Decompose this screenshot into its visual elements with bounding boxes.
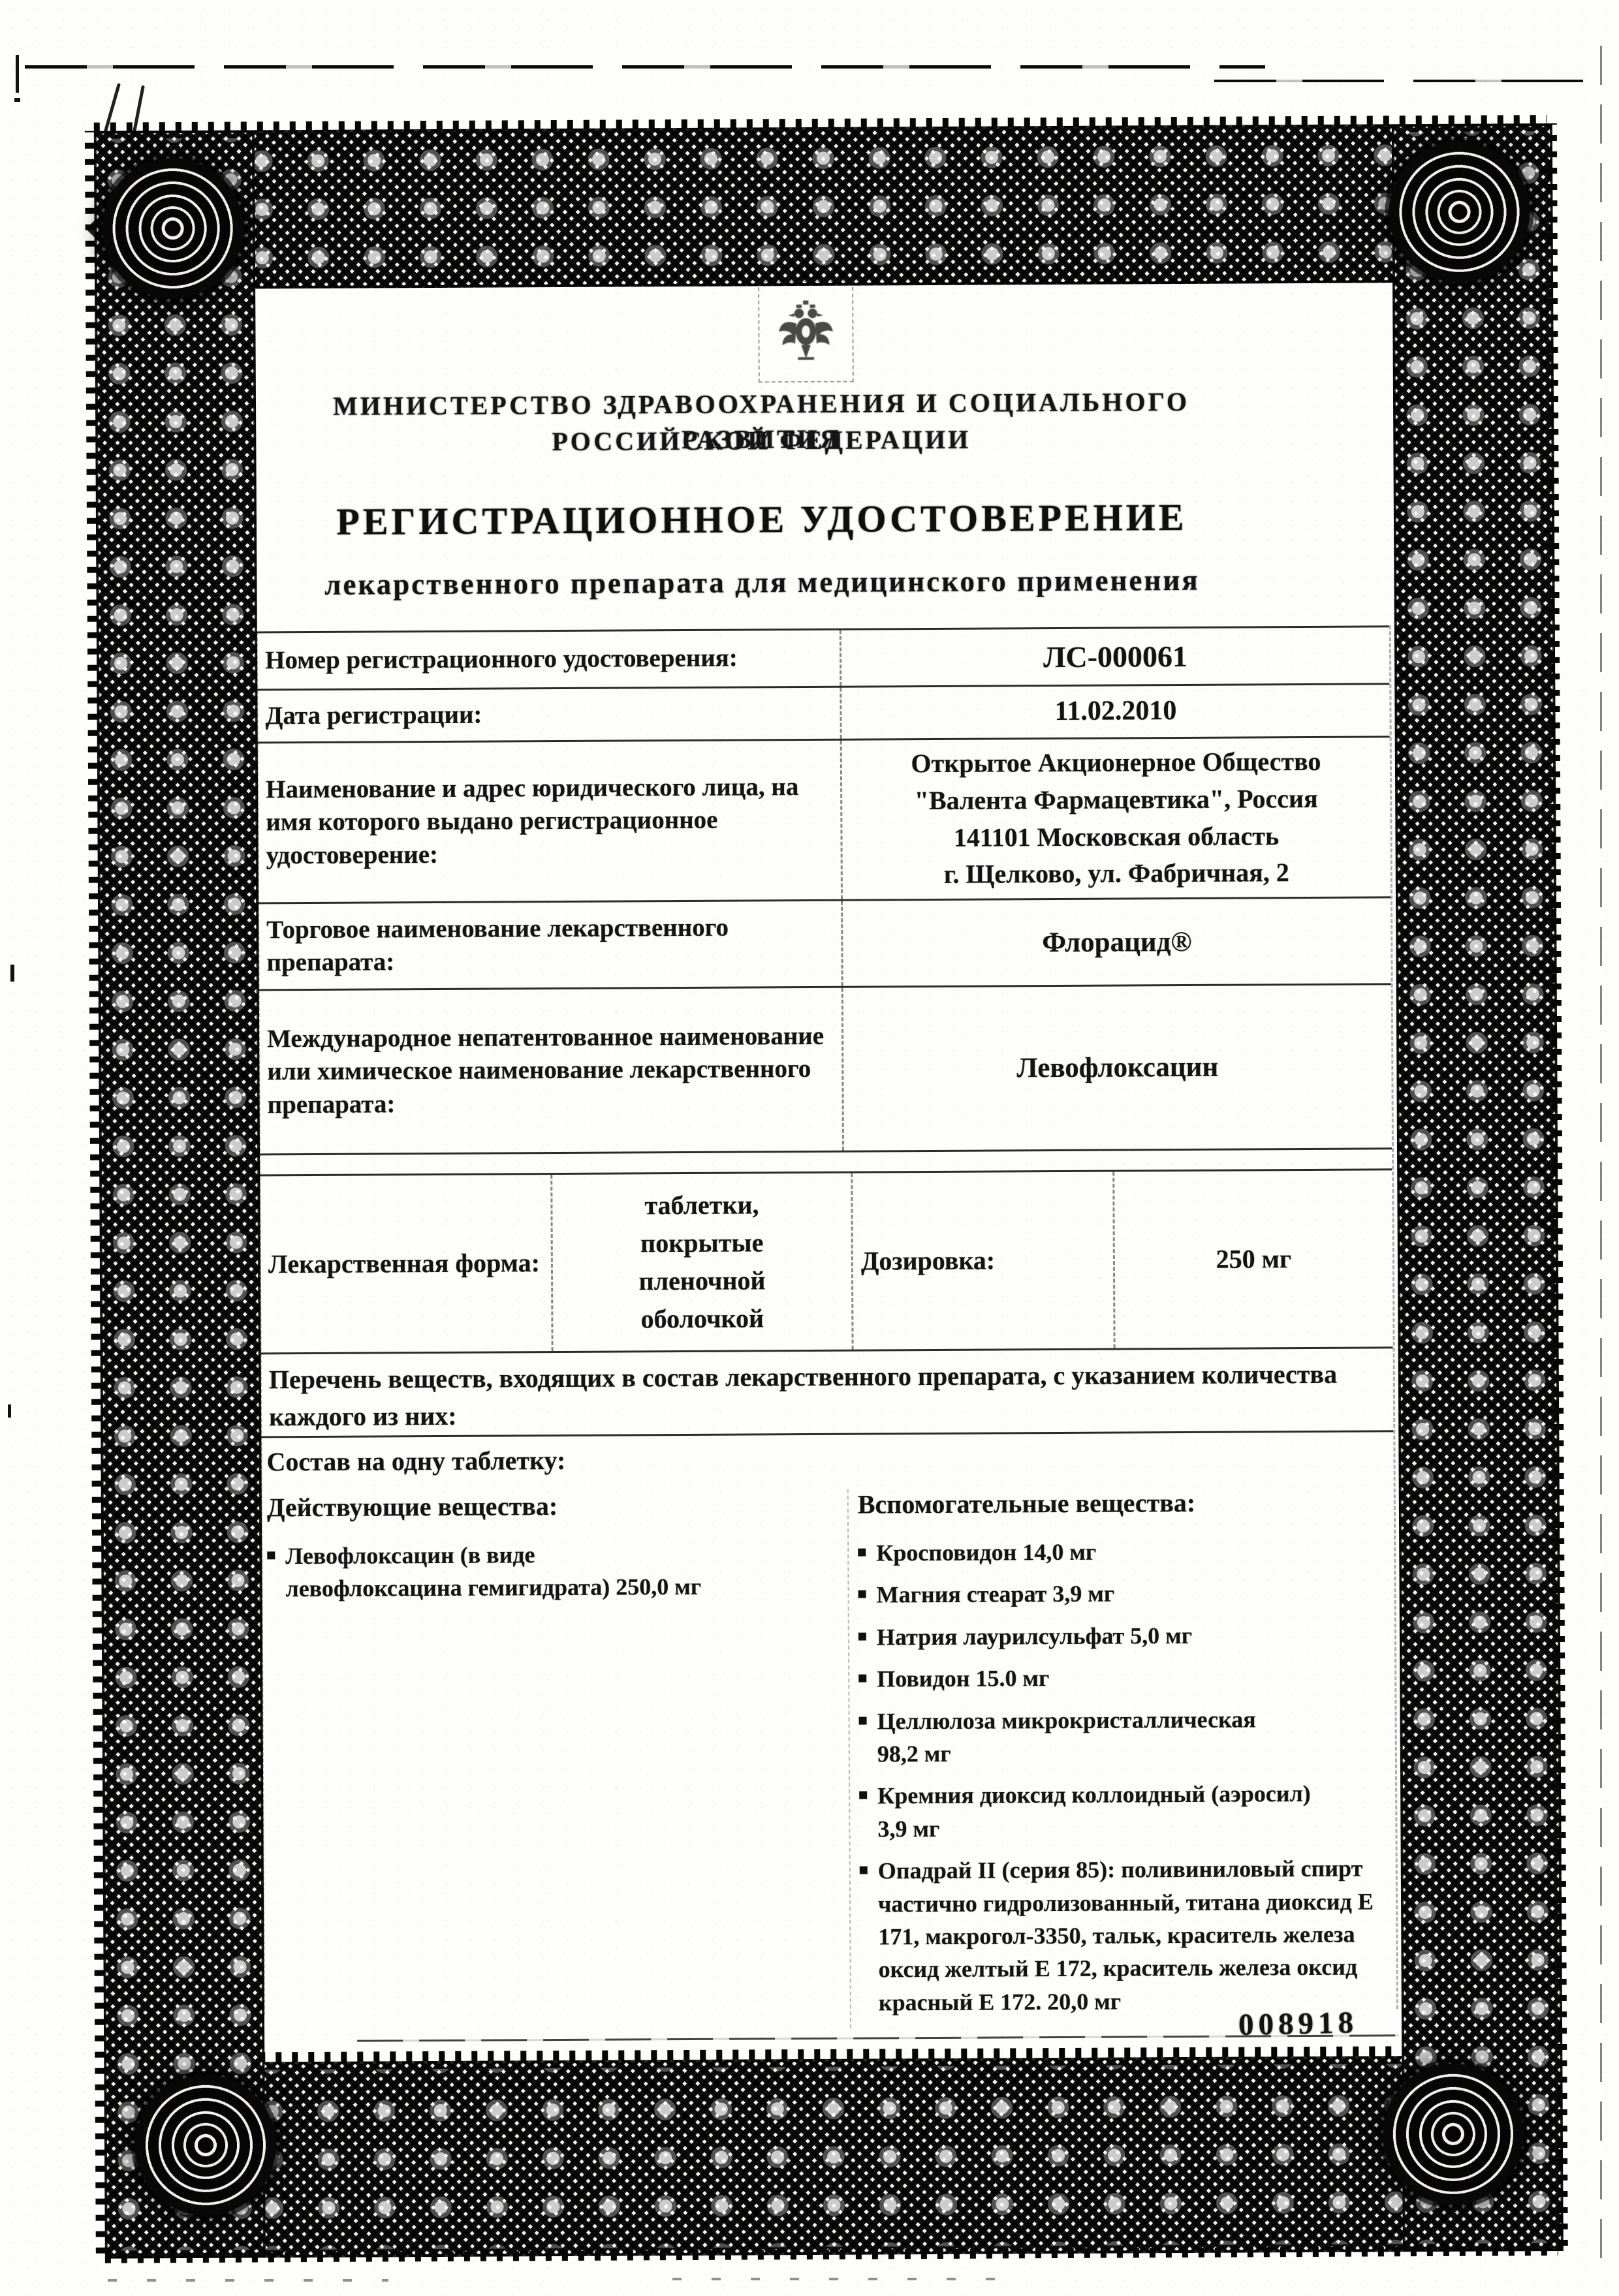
table-row: Номер регистрационного удостоверения: ЛС… [257,625,1389,689]
border-band-top [94,123,1553,290]
double-headed-eagle-icon [772,291,840,373]
coat-of-arms-emblem [758,281,854,383]
list-item: Опадрай II (серия 85): поливиниловый спи… [855,1852,1396,2019]
document-body: МИНИСТЕРСТВО ЗДРАВООХРАНЕНИЯ И СОЦИАЛЬНО… [0,0,1619,2296]
corner-rosette-top-right [1389,141,1530,283]
row-value: Флорацид® [841,899,1391,986]
table-row: Дата регистрации: 11.02.2010 [257,683,1389,741]
registration-table: Номер регистрационного удостоверения: ЛС… [257,625,1392,1155]
active-substances-heading: Действующие вещества: [262,1489,847,1540]
border-band-bottom [104,2055,1564,2259]
border-band-right [1392,123,1564,2252]
list-item: Магния стеарат 3,9 мг [853,1576,1394,1612]
ministry-name-line2: РОССИЙСКОЙ ФЕДЕРАЦИИ [252,420,1270,461]
form-label-cell: Лекарственная форма: [260,1175,551,1352]
row-value: 11.02.2010 [840,685,1389,738]
excipients-column: Вспомогательные вещества: Кросповидон 14… [847,1486,1396,2028]
dosage-value-cell: 250 мг [1112,1170,1392,1348]
list-item: Левофлоксацин (в виде левофлоксацина гем… [262,1537,848,1606]
composition-list-heading: Перечень веществ, входящих в состав лека… [261,1346,1394,1438]
corner-rosette-bottom-right [1382,2063,1524,2205]
row-value: Левофлоксацин [841,985,1392,1151]
form-value-cell: таблетки, покрытые пленочной оболочкой [550,1173,851,1351]
dosage-label-cell: Дозировка: [851,1172,1113,1350]
excipients-heading: Вспомогательные вещества: [853,1486,1394,1536]
corner-rosette-bottom-left [134,2074,276,2216]
per-tablet-heading: Состав на одну таблетку: [266,1445,565,1477]
form-dosage-row: Лекарственная форма: таблетки, покрытые … [260,1168,1392,1354]
row-value: Открытое Акционерное Общество "Валента Ф… [840,737,1391,899]
corner-rosette-top-left [102,158,244,300]
row-label: Международное непатентованное наименован… [259,988,842,1154]
serial-number: 008918 [1238,2005,1358,2043]
row-label: Дата регистрации: [257,688,840,742]
table-row: Торговое наименование лекарственного пре… [259,897,1391,989]
row-label: Наименование и адрес юридического лица, … [258,741,841,903]
row-label: Номер регистрационного удостоверения: [257,630,840,689]
active-substances-column: Действующие вещества: Левофлоксацин (в в… [262,1489,850,2032]
document-title: РЕГИСТРАЦИОННОЕ УДОСТОВЕРЕНИЕ [253,495,1271,544]
list-item: Целлюлоза микрокристаллическая 98,2 мг [853,1702,1395,1771]
list-item: Повидон 15.0 мг [853,1660,1394,1696]
table-row: Международное непатентованное наименован… [259,984,1392,1156]
composition-columns: Действующие вещества: Левофлоксацин (в в… [262,1486,1396,2031]
active-substances-list: Левофлоксацин (в виде левофлоксацина гем… [262,1537,848,1606]
table-row: Наименование и адрес юридического лица, … [258,736,1391,902]
list-item: Кремния диоксид коллоидный (аэросил) 3,9… [854,1777,1396,1846]
row-label: Торговое наименование лекарственного пре… [259,901,841,989]
row-value: ЛС-000061 [840,627,1389,685]
list-item: Кросповидон 14,0 мг [853,1534,1394,1570]
excipients-list: Кросповидон 14,0 мгМагния стеарат 3,9 мг… [853,1534,1396,2019]
list-item: Натрия лаурилсульфат 5,0 мг [853,1618,1394,1654]
document-subtitle: лекарственного препарата для медицинског… [253,563,1271,602]
scanned-certificate-page: МИНИСТЕРСТВО ЗДРАВООХРАНЕНИЯ И СОЦИАЛЬНО… [0,0,1619,2296]
border-band-left [94,130,266,2258]
